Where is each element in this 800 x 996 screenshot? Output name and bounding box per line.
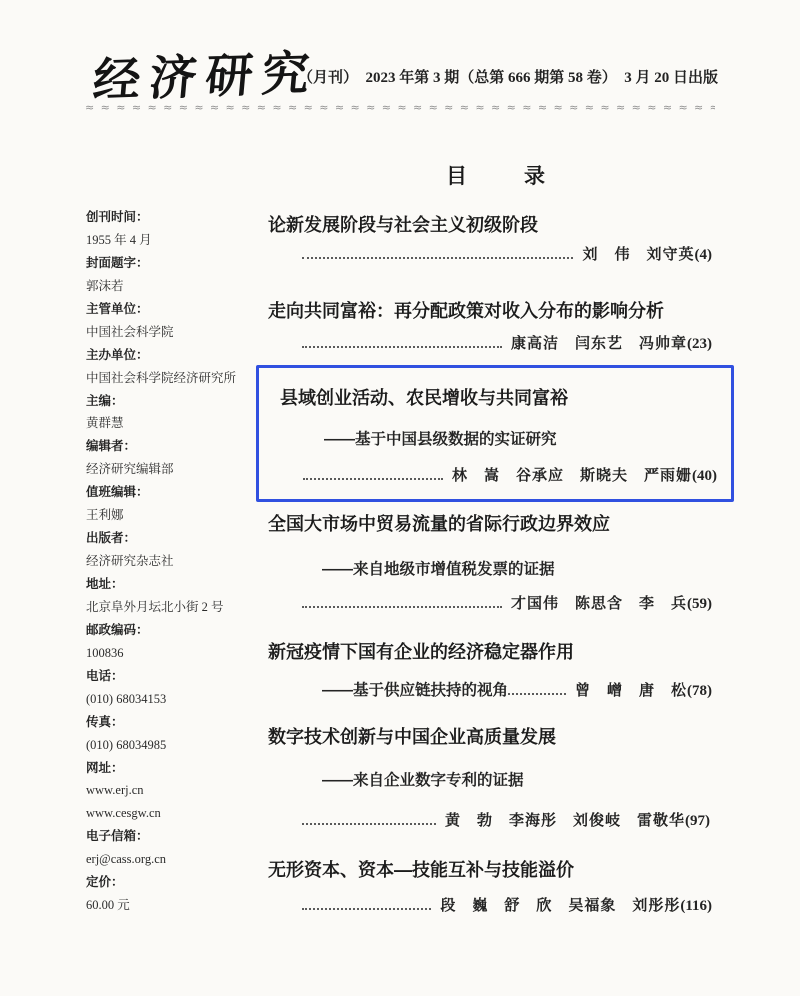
sidebar-value-url: www.cesgw.cn	[86, 802, 268, 825]
article-title: 新冠疫情下国有企业的经济稳定器作用	[268, 638, 740, 664]
sidebar-label: 值班编辑：	[86, 481, 268, 504]
article-authors: 曾 嶒 唐 松	[575, 679, 687, 700]
article-page-number: (97)	[685, 813, 710, 830]
article-title: 县域创业活动、农民增收与共同富裕	[280, 384, 752, 410]
sidebar-value: 1955 年 4 月	[86, 229, 268, 252]
sidebar-value: 60.00 元	[86, 894, 268, 917]
article-page-number: (116)	[680, 898, 712, 915]
article-authors-row: 刘 伟 刘守英 (4)	[302, 243, 712, 264]
sidebar-value: 中国社会科学院经济研究所	[86, 367, 268, 390]
sidebar-label: 主办单位：	[86, 344, 268, 367]
sidebar-value: 王利娜	[86, 504, 268, 527]
article-title: 全国大市场中贸易流量的省际行政边界效应	[268, 510, 740, 536]
article-authors: 才国伟 陈思含 李 兵	[511, 592, 687, 613]
sidebar-label: 网址：	[86, 757, 268, 780]
article-page-number: (23)	[687, 336, 712, 353]
sidebar-value: 北京阜外月坛北小街 2 号	[86, 596, 268, 619]
squiggle-divider: ≈≈≈≈≈≈≈≈≈≈≈≈≈≈≈≈≈≈≈≈≈≈≈≈≈≈≈≈≈≈≈≈≈≈≈≈≈≈≈≈…	[85, 101, 715, 119]
article-authors: 林 嵩 谷承应 斯晓夫 严雨姗	[452, 464, 692, 485]
sidebar-label: 封面题字：	[86, 252, 268, 275]
sidebar-value: (010) 68034985	[86, 734, 268, 757]
dot-leader	[302, 821, 436, 825]
article-title: 数字技术创新与中国企业高质量发展	[268, 723, 740, 749]
article-page-number: (78)	[687, 683, 712, 700]
sidebar-value: 郭沫若	[86, 275, 268, 298]
article-authors: 康高洁 闫东艺 冯帅章	[511, 332, 687, 353]
sidebar-label: 创刊时间：	[86, 206, 268, 229]
sidebar-value: 经济研究杂志社	[86, 550, 268, 573]
toc-heading: 目 录	[268, 160, 728, 190]
sidebar-label: 地址：	[86, 573, 268, 596]
journal-logo: 经济研究	[91, 36, 308, 109]
dot-leader	[508, 691, 566, 695]
article-subtitle: ——来自地级市增值税发票的证据	[322, 557, 740, 579]
dot-leader	[302, 906, 431, 910]
sidebar-label: 邮政编码：	[86, 619, 268, 642]
article-authors-row: 林 嵩 谷承应 斯晓夫 严雨姗 (40)	[303, 464, 717, 485]
issue-info: （月刊） 2023 年第 3 期（总第 666 期第 58 卷） 3 月 20 …	[298, 66, 728, 87]
article-authors-row: 黄 勃 李海彤 刘俊岐 雷敬华 (97)	[302, 809, 710, 830]
article-authors-row: 段 巍 舒 欣 吴福象 刘彤彤 (116)	[302, 894, 712, 915]
sidebar-label: 编辑者：	[86, 435, 268, 458]
sidebar-label: 传真：	[86, 711, 268, 734]
dot-leader	[302, 344, 502, 348]
sidebar-label: 定价：	[86, 871, 268, 894]
sidebar-label: 出版者：	[86, 527, 268, 550]
sidebar-value: 经济研究编辑部	[86, 458, 268, 481]
sidebar-value: (010) 68034153	[86, 688, 268, 711]
article-authors: 黄 勃 李海彤 刘俊岐 雷敬华	[445, 809, 685, 830]
sidebar-value: 中国社会科学院	[86, 321, 268, 344]
article-page-number: (4)	[695, 247, 713, 264]
sidebar-label: 主编：	[86, 390, 268, 413]
article-page-number: (59)	[687, 596, 712, 613]
article-subtitle: ——基于供应链扶持的视角	[322, 678, 508, 700]
highlight-box: 县域创业活动、农民增收与共同富裕 ——基于中国县级数据的实证研究 林 嵩 谷承应…	[256, 365, 734, 502]
dot-leader	[302, 255, 573, 259]
journal-toc-page: 经济研究 （月刊） 2023 年第 3 期（总第 666 期第 58 卷） 3 …	[0, 0, 800, 996]
article-page-number: (40)	[692, 468, 717, 485]
article-title: 走向共同富裕：再分配政策对收入分布的影响分析	[268, 297, 740, 323]
article-subtitle-authors-row: ——基于供应链扶持的视角 曾 嶒 唐 松 (78)	[322, 678, 712, 700]
dot-leader	[303, 476, 443, 480]
sidebar-label: 电子信箱：	[86, 825, 268, 848]
article-title: 论新发展阶段与社会主义初级阶段	[268, 211, 740, 237]
article-authors-row: 才国伟 陈思含 李 兵 (59)	[302, 592, 712, 613]
article-authors: 段 巍 舒 欣 吴福象 刘彤彤	[440, 894, 680, 915]
article-subtitle: ——来自企业数字专利的证据	[322, 768, 740, 790]
journal-meta-sidebar: 创刊时间： 1955 年 4 月 封面题字： 郭沫若 主管单位： 中国社会科学院…	[86, 206, 268, 917]
article-title: 无形资本、资本—技能互补与技能溢价	[268, 856, 740, 882]
dot-leader	[302, 604, 502, 608]
sidebar-value: 100836	[86, 642, 268, 665]
sidebar-label: 电话：	[86, 665, 268, 688]
article-authors-row: 康高洁 闫东艺 冯帅章 (23)	[302, 332, 712, 353]
sidebar-value: 黄群慧	[86, 412, 268, 435]
sidebar-value-url: www.erj.cn	[86, 779, 268, 802]
sidebar-label: 主管单位：	[86, 298, 268, 321]
article-authors: 刘 伟 刘守英	[582, 243, 694, 264]
sidebar-value-email: erj@cass.org.cn	[86, 848, 268, 871]
article-subtitle: ——基于中国县级数据的实证研究	[324, 427, 742, 449]
